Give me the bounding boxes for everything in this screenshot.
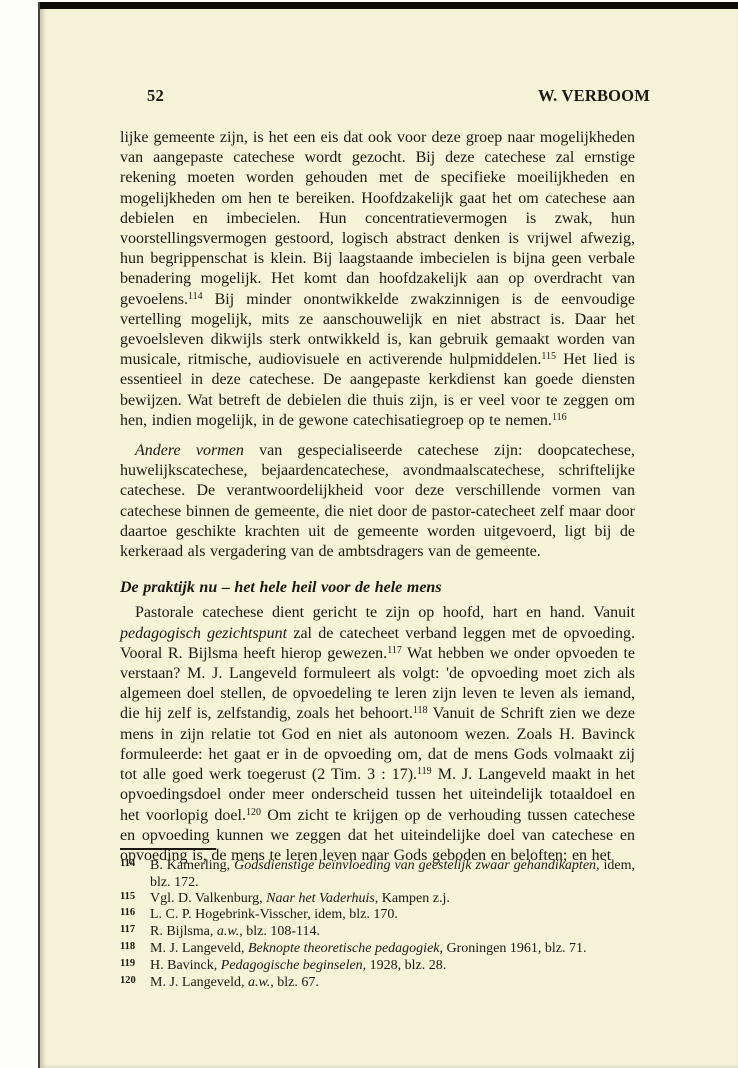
body-paragraph: lijke gemeente zijn, is het een eis dat … bbox=[120, 128, 635, 431]
footnote: 120M. J. Langeveld, a.w., blz. 67. bbox=[120, 975, 635, 992]
page-scan: 52 W. VERBOOM lijke gemeente zijn, is he… bbox=[38, 2, 738, 1068]
footnote: 114B. Kamerling, Godsdienstige beïnvloed… bbox=[120, 858, 635, 891]
footnote-number: 120 bbox=[120, 973, 143, 989]
footnote-text: M. J. Langeveld, Beknopte theoretische p… bbox=[150, 941, 586, 956]
footnote: 115Vgl. D. Valkenburg, Naar het Vaderhui… bbox=[120, 891, 635, 908]
footnotes: 114B. Kamerling, Godsdienstige beïnvloed… bbox=[120, 858, 635, 991]
footnote-number: 116 bbox=[120, 905, 143, 921]
page-number: 52 bbox=[147, 86, 164, 106]
footnote-text: B. Kamerling, Godsdienstige beïnvloeding… bbox=[150, 858, 635, 890]
running-head: 52 W. VERBOOM bbox=[147, 86, 650, 106]
body-paragraph: Andere vormen van gespecialiseerde catec… bbox=[120, 441, 635, 562]
scan-top-edge bbox=[40, 2, 738, 9]
footnote-separator bbox=[120, 848, 216, 850]
footnote-text: L. C. P. Hogebrink-Visscher, idem, blz. … bbox=[150, 907, 398, 922]
footnote-number: 114 bbox=[120, 856, 143, 872]
running-head-title: W. VERBOOM bbox=[538, 86, 650, 106]
body-paragraph: Pastorale catechese dient gericht te zij… bbox=[120, 603, 635, 866]
footnote: 117R. Bijlsma, a.w., blz. 108-114. bbox=[120, 924, 635, 941]
footnote-number: 119 bbox=[120, 956, 143, 972]
footnote: 116L. C. P. Hogebrink-Visscher, idem, bl… bbox=[120, 907, 635, 924]
section-heading: De praktijk nu – het hele heil voor de h… bbox=[120, 578, 635, 598]
footnote-number: 115 bbox=[120, 889, 143, 905]
text-column: lijke gemeente zijn, is het een eis dat … bbox=[120, 128, 635, 866]
footnote-number: 117 bbox=[120, 922, 143, 938]
footnote-text: Vgl. D. Valkenburg, Naar het Vaderhuis, … bbox=[150, 891, 450, 906]
footnote-text: R. Bijlsma, a.w., blz. 108-114. bbox=[150, 924, 320, 939]
footnote-text: M. J. Langeveld, a.w., blz. 67. bbox=[150, 975, 319, 990]
footnote-number: 118 bbox=[120, 939, 143, 955]
footnote: 119H. Bavinck, Pedagogische beginselen, … bbox=[120, 958, 635, 975]
footnote: 118M. J. Langeveld, Beknopte theoretisch… bbox=[120, 941, 635, 958]
footnote-text: H. Bavinck, Pedagogische beginselen, 192… bbox=[150, 958, 446, 973]
